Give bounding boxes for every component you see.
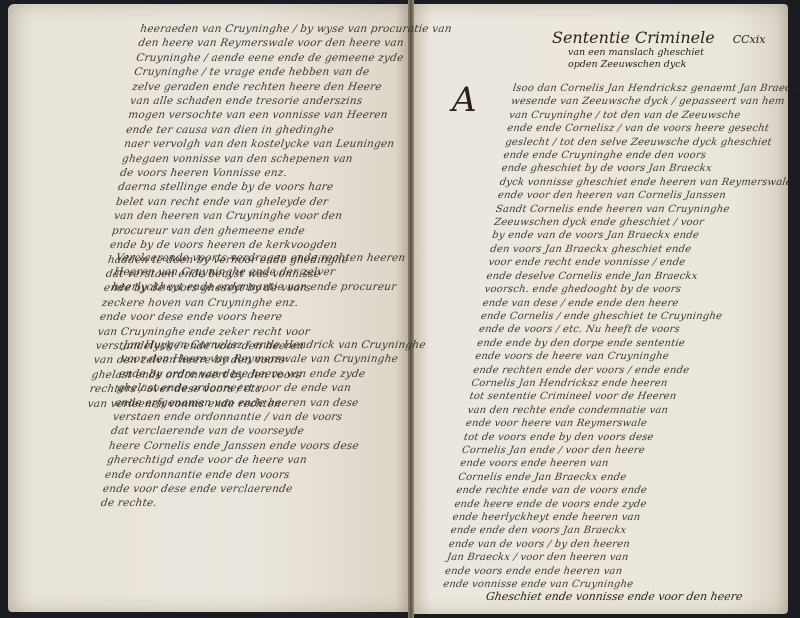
manuscript-line: ende deselve Cornelis ende Jan Braeckx [486,270,780,283]
manuscript-line: ghelast ende ordonneert voor de ende van [116,381,421,395]
manuscript-line: Cruyninghe / te vrage ende hebben van de [133,65,446,79]
manuscript-line: heeraeden van Cruyninghe / by wyse van p… [139,22,452,36]
manuscript-line: van Cruyninghe ende zeker recht voor [97,325,410,339]
manuscript-line: wesende van Zeeuwsche dyck / gepasseert … [510,95,800,108]
manuscript-line: de rechte. [100,496,405,510]
manuscript-line: ende ende Cruyninghe ende den voors [502,149,796,162]
manuscript-line: Verclaerende voorts verdragen ende recht… [115,251,406,265]
manuscript-line: naer vervolgh van den kostelycke van Leu… [123,137,436,151]
manuscript-line: lsoo dan Cornelis Jan Hendricksz genaemt… [512,82,800,95]
manuscript-line: ende ende by den dorpe ende sententie [476,337,770,350]
decorated-initial: A [452,80,477,120]
manuscript-line: ende voor dese ende verclaerende [102,482,407,496]
manuscript-line: van den rechte ende condemnatie van [467,404,761,417]
manuscript-line: ende de voors / etc. Nu heeft de voors [478,323,772,336]
manuscript-line: ende heere ende de voors ende zyde [454,498,748,511]
manuscript-line: Heeren van Cruyninghe ende der zelver [113,265,404,279]
manuscript-line: ende ende Cornelisz / van de voors heere… [506,122,800,135]
manuscript-line: ende ter causa van dien in ghedinghe [125,123,438,137]
manuscript-line: ende erfgenamen van ende heeren van dese [114,396,419,410]
manuscript-line: ende rechten ende der voors / ende ende [472,364,766,377]
manuscript-line: verstaen ende ordonnantie / van de voors [112,410,417,424]
manuscript-line: Cruyninghe / aende eene ende de gemeene … [135,51,448,65]
manuscript-line: dat verclaerende van de voorseyde [110,424,415,438]
manuscript-line: ende ordonnantie ende den voors [104,468,409,482]
manuscript-line: ende voors ende ende heeren van [444,565,738,578]
manuscript-line: by ende van de voors Jan Braeckx ende [491,229,785,242]
manuscript-line: ende by ordre van dese heere van ende zy… [118,367,423,381]
manuscript-line: ende voors ende heeren van [459,457,753,470]
manuscript-line: den voors Jan Braeckx gheschiet ende [489,243,783,256]
manuscript-line: tot sententie Crimineel voor de Heeren [469,390,763,403]
manuscript-line: tot de voors ende by den voors dese [463,431,757,444]
page-heading: Sententie CrimineleCCxix van een manslac… [552,28,765,71]
manuscript-line: ende ende den voors Jan Braeckx [450,524,744,537]
manuscript-line: Jan Huygen Cornelisz / ende Hendrick van… [122,338,427,352]
manuscript-line: den heere van Reymerswale voor den heere… [137,36,450,50]
manuscript-line: ghegaen vonnisse van den schepenen van [121,152,434,166]
manuscript-line: belet van recht ende van gheleyde der [115,195,428,209]
manuscript-line: ende Cornelis / ende gheschiet te Cruyni… [480,310,774,323]
manuscript-line: Cornelis ende Jan Braeckx ende [457,471,751,484]
manuscript-line: ende heerlyckheyt ende heeren van [452,511,746,524]
manuscript-line: van alle schaden ende tresorie anderszin… [129,94,442,108]
manuscript-line: ende van de voors / by den heeren [448,538,742,551]
manuscript-line: Jan Braeckx / voor den heeren van [446,551,740,564]
heading-subtitle-2: opden Zeeuwschen dyck [568,59,765,71]
manuscript-line: voor den Heere van Reymerswale van Cruyn… [120,352,425,366]
manuscript-line: ende gheschiet by de voors Jan Braeckx [501,162,795,175]
manuscript-line: voorsch. ende ghedooght by de voors [484,283,778,296]
manuscript-line: van Cruyninghe / tot den van de Zeeuwsch… [508,109,800,122]
manuscript-line: zeckere hoven van Cruyninghe enz. [101,296,414,310]
manuscript-line: heere Cornelis ende Janssen ende voors d… [108,439,413,453]
left-paragraph-3: Jan Huygen Cornelisz / ende Hendrick van… [100,338,427,511]
manuscript-line: daerna stellinge ende by de voors hare [117,180,430,194]
manuscript-line: zelve geraden ende rechten heere den Hee… [131,80,444,94]
manuscript-line: van den heeren van Cruyninghe voor den [113,209,426,223]
manuscript-line: Cornelis Jan Hendricksz ende heeren [470,377,764,390]
manuscript-line: Cornelis Jan ende / voor den heere [461,444,755,457]
manuscript-line: gherechtigd ende voor de heere van [106,453,411,467]
manuscript-line: heerlyckheyt ende ordonnantie van ende p… [111,280,402,294]
left-paragraph-2: Verclaerende voorts verdragen ende recht… [111,251,406,294]
manuscript-line: ende voor heere van Reymerswale [465,417,759,430]
closing-line: Gheschiet ende vonnisse ende voor den he… [485,590,743,603]
manuscript-line: ende voor den heeren van Cornelis Jansse… [497,189,791,202]
heading-title: Sententie Criminele [552,28,715,47]
manuscript-line: de voors heeren Vonnisse enz. [119,166,432,180]
manuscript-line: Zeeuwschen dyck ende gheschiet / voor [493,216,787,229]
manuscript-line: mogen versochte van een vonnisse van Hee… [127,108,440,122]
manuscript-line: ende van dese / ende ende den heere [482,297,776,310]
heading-subtitle-1: van een manslach gheschiet [568,47,765,59]
manuscript-line: ende voors de heere van Cruyninghe [474,350,768,363]
manuscript-line: voor ende recht ende vonnisse / ende [487,256,781,269]
folio-number: CCxix [733,33,766,46]
manuscript-line: geslecht / tot den selve Zeeuwsche dyck … [504,136,798,149]
manuscript-line: dyck vonnisse gheschiet ende heeren van … [499,176,793,189]
manuscript-line: Sandt Cornelis ende heeren van Cruyningh… [495,203,789,216]
manuscript-line: procureur van den ghemeene ende [111,224,424,238]
manuscript-line: ende rechte ende van de voors ende [455,484,749,497]
manuscript-line: ende voor dese ende voors heere [99,310,412,324]
